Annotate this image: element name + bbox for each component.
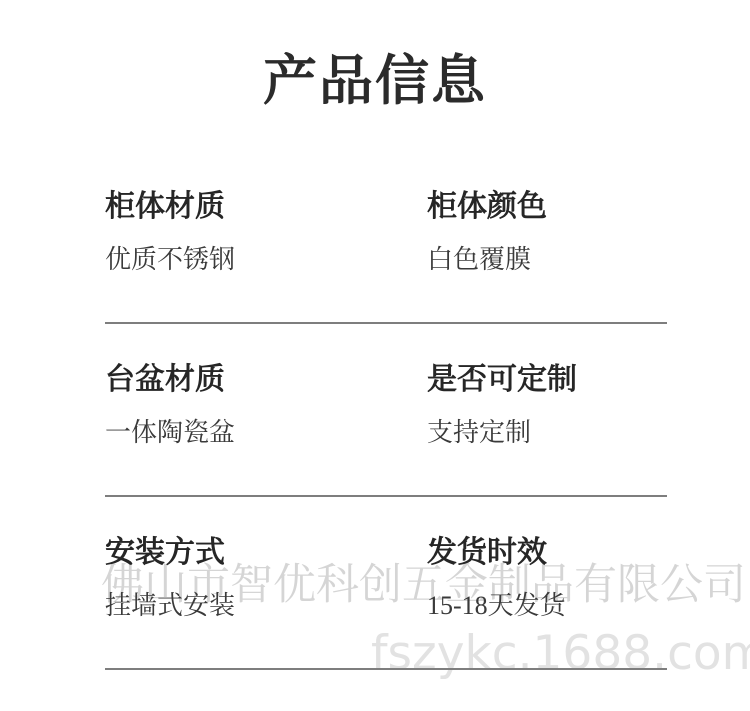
spec-cabinet-color: 柜体颜色 白色覆膜	[427, 190, 667, 275]
spec-value: 挂墙式安装	[105, 591, 345, 621]
page-title: 产品信息	[0, 38, 750, 115]
spec-label: 发货时效	[427, 536, 667, 570]
spec-label: 是否可定制	[427, 363, 667, 397]
spec-value: 优质不锈钢	[105, 245, 345, 275]
divider-line	[105, 495, 667, 497]
divider-line	[105, 668, 667, 670]
spec-value: 一体陶瓷盆	[105, 418, 345, 448]
spec-row-2: 台盆材质 一体陶瓷盆 是否可定制 支持定制	[105, 363, 667, 497]
spec-row-3: 安装方式 挂墙式安装 发货时效 15-18天发货	[105, 536, 667, 670]
spec-label: 台盆材质	[105, 363, 345, 397]
spec-cabinet-material: 柜体材质 优质不锈钢	[105, 190, 345, 275]
spec-value: 15-18天发货	[427, 591, 667, 621]
spec-basin-material: 台盆材质 一体陶瓷盆	[105, 363, 345, 448]
spec-label: 柜体颜色	[427, 190, 667, 224]
divider-line	[105, 322, 667, 324]
spec-installation: 安装方式 挂墙式安装	[105, 536, 345, 621]
product-info-sheet: 产品信息 柜体材质 优质不锈钢 柜体颜色 白色覆膜 台盆材质 一体陶瓷盆 是否可…	[0, 0, 750, 711]
spec-value: 白色覆膜	[427, 245, 667, 275]
spec-label: 安装方式	[105, 536, 345, 570]
spec-row-1: 柜体材质 优质不锈钢 柜体颜色 白色覆膜	[105, 190, 667, 324]
spec-value: 支持定制	[427, 418, 667, 448]
spec-customizable: 是否可定制 支持定制	[427, 363, 667, 448]
spec-shipping-time: 发货时效 15-18天发货	[427, 536, 667, 621]
spec-label: 柜体材质	[105, 190, 345, 224]
